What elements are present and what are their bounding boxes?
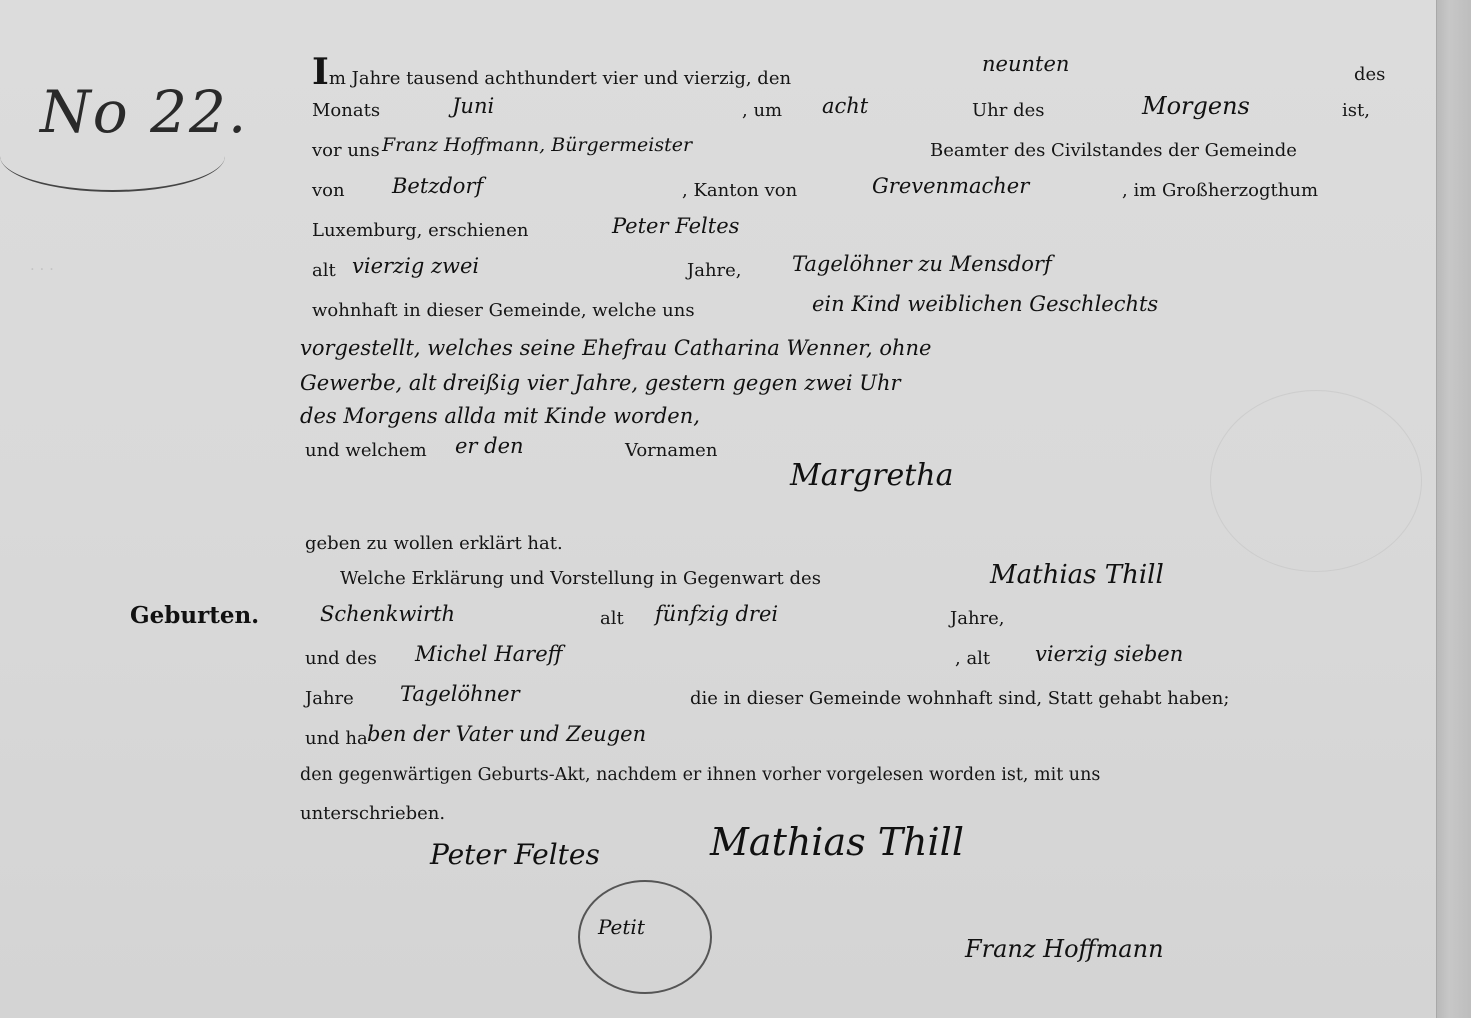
- printed-text: ist,: [1342, 100, 1370, 121]
- line-17: und ha ben der Vater und Zeugen: [305, 728, 1380, 758]
- handwritten-day: neunten: [982, 52, 1069, 76]
- printed-text: Welche Erklärung und Vorstellung in Gege…: [340, 568, 821, 589]
- printed-text: , um: [742, 100, 782, 121]
- signature-witness-2-mark: Petit: [598, 915, 645, 939]
- signature-officer: Franz Hoffmann: [965, 935, 1164, 963]
- printed-text: und des: [305, 648, 377, 669]
- line-3: vor uns Franz Hoffmann, Bürgermeister Be…: [312, 140, 1387, 170]
- handwritten-declarant-age: vierzig zwei: [352, 254, 479, 278]
- handwritten-presentation-2: vorgestellt, welches seine Ehefrau Catha…: [300, 336, 931, 360]
- line-12: geben zu wollen erklärt hat.: [305, 533, 1380, 563]
- printed-text: alt: [312, 260, 336, 281]
- signature-declarant: Peter Feltes: [430, 838, 600, 871]
- line-15: und des Michel Hareff , alt vierzig sieb…: [305, 648, 1380, 678]
- handwritten-presentation-1: ein Kind weiblichen Geschlechts: [812, 292, 1158, 316]
- printed-text: Jahre,: [687, 260, 742, 281]
- line-6: alt vierzig zwei Jahre, Tagelöhner zu Me…: [312, 260, 1387, 290]
- entry-number-flourish: [0, 120, 225, 192]
- printed-text: vor uns: [312, 140, 380, 161]
- line-7: wohnhaft in dieser Gemeinde, welche uns …: [312, 300, 1387, 330]
- printed-text: des: [1354, 64, 1385, 85]
- book-binding-edge: [1436, 0, 1471, 1018]
- printed-text: wohnhaft in dieser Gemeinde, welche uns: [312, 300, 695, 321]
- handwritten-witness-2-occupation: Tagelöhner: [400, 682, 520, 706]
- line-5: Luxemburg, erschienen Peter Feltes: [312, 220, 1387, 250]
- line-4: von Betzdorf , Kanton von Grevenmacher ,…: [312, 180, 1387, 210]
- printed-text: Jahre,: [950, 608, 1005, 629]
- line-16: Jahre Tagelöhner die in dieser Gemeinde …: [305, 688, 1380, 718]
- register-page: · · · No 22. Geburten. Im Jahre tausend …: [0, 0, 1436, 1018]
- handwritten-witness-1-name: Mathias Thill: [990, 560, 1164, 590]
- handwritten-signing-clause: ben der Vater und Zeugen: [367, 722, 646, 746]
- handwritten-hour: acht: [822, 94, 868, 118]
- handwritten-witness-2-name: Michel Hareff: [415, 642, 563, 666]
- handwritten-presentation-4: des Morgens allda mit Kinde worden,: [300, 404, 700, 428]
- printed-text: Uhr des: [972, 100, 1045, 121]
- line-18: den gegenwärtigen Geburts-Akt, nachdem e…: [300, 765, 1375, 795]
- printed-text: und ha: [305, 728, 368, 749]
- handwritten-declarant-occupation: Tagelöhner zu Mensdorf: [792, 252, 1052, 276]
- printed-text: , im Großherzogthum: [1122, 180, 1318, 201]
- printed-text: die in dieser Gemeinde wohnhaft sind, St…: [690, 688, 1229, 709]
- bleed-through-text: · · ·: [30, 260, 54, 278]
- handwritten-municipality: Betzdorf: [392, 174, 483, 198]
- section-label-births: Geburten.: [130, 602, 259, 629]
- handwritten-presentation-3: Gewerbe, alt dreißig vier Jahre, gestern…: [300, 371, 901, 395]
- printed-text: , Kanton von: [682, 180, 797, 201]
- handwritten-canton: Grevenmacher: [872, 174, 1029, 198]
- line-9: Gewerbe, alt dreißig vier Jahre, gestern…: [300, 375, 1375, 405]
- handwritten-given-name: Margretha: [790, 458, 954, 493]
- printed-text: unterschrieben.: [300, 803, 445, 824]
- printed-text: Luxemburg, erschienen: [312, 220, 529, 241]
- printed-text: von: [312, 180, 345, 201]
- printed-text: geben zu wollen erklärt hat.: [305, 533, 563, 554]
- printed-text: Monats: [312, 100, 380, 121]
- line-1: Im Jahre tausend achthundert vier und vi…: [312, 60, 1387, 90]
- printed-text: Im Jahre tausend achthundert vier und vi…: [312, 54, 791, 90]
- drop-cap: I: [312, 51, 329, 93]
- handwritten-witness-2-age: vierzig sieben: [1035, 642, 1183, 666]
- printed-text: Jahre: [305, 688, 354, 709]
- handwritten-witness-1-age: fünfzig drei: [655, 602, 778, 626]
- line-13: Welche Erklärung und Vorstellung in Gege…: [340, 568, 1415, 598]
- printed-text: den gegenwärtigen Geburts-Akt, nachdem e…: [300, 765, 1100, 785]
- handwritten-declarant: Peter Feltes: [612, 214, 739, 238]
- handwritten-witness-1-occupation: Schenkwirth: [320, 602, 455, 626]
- signature-witness-1: Mathias Thill: [710, 820, 964, 864]
- line-8: vorgestellt, welches seine Ehefrau Catha…: [300, 340, 1375, 370]
- printed-text: alt: [600, 608, 624, 629]
- handwritten-naming: er den: [455, 434, 524, 458]
- handwritten-time-of-day: Morgens: [1142, 92, 1250, 120]
- line-2: Monats Juni , um acht Uhr des Morgens is…: [312, 100, 1387, 130]
- printed-text: Vornamen: [625, 440, 717, 461]
- printed-text: Beamter des Civilstandes der Gemeinde: [930, 140, 1297, 161]
- printed-text: , alt: [955, 648, 990, 669]
- handwritten-officer: Franz Hoffmann, Bürgermeister: [382, 134, 692, 156]
- line-14: Schenkwirth alt fünfzig drei Jahre,: [310, 608, 1385, 638]
- printed-text: m Jahre tausend achthundert vier und vie…: [329, 68, 791, 89]
- handwritten-month: Juni: [452, 94, 494, 118]
- printed-text: und welchem: [305, 440, 427, 461]
